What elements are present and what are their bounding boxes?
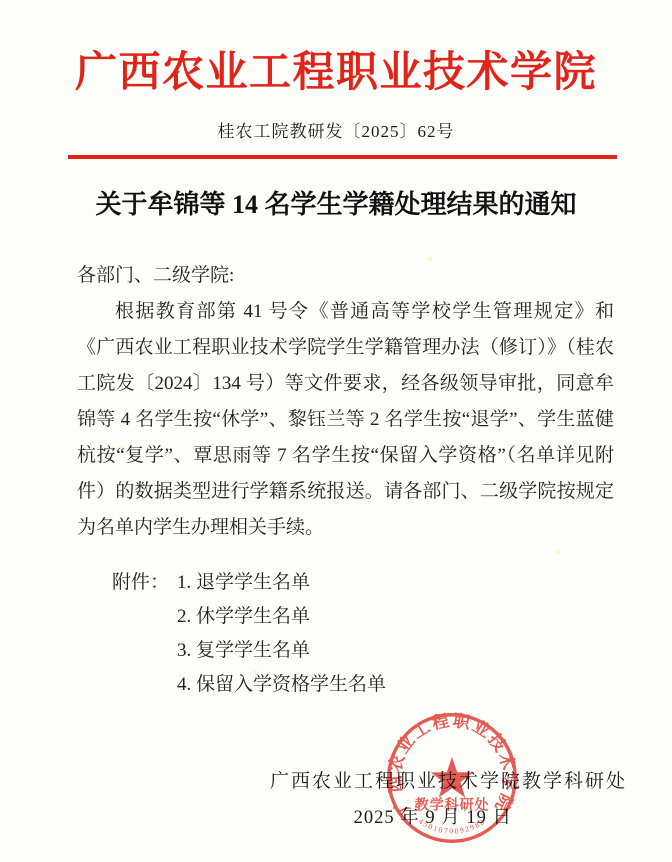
document-page: 广西农业工程职业技术学院 桂农工院教研发〔2025〕62号 关于牟锦等 14 名… — [0, 0, 672, 862]
attachment-item: 3. 复学学生名单 — [177, 634, 386, 668]
body-paragraph: 根据教育部第 41 号令《普通高等学校学生管理规定》和《广西农业工程职业技术学院… — [77, 294, 614, 546]
attachments-list: 1. 退学学生名单 2. 休学学生名单 3. 复学学生名单 4. 保留入学资格学… — [177, 566, 386, 702]
letterhead-org-title: 广西农业工程职业技术学院 — [0, 43, 672, 103]
issue-date: 2025 年 9 月 19 日 — [354, 806, 512, 830]
doc-number: 桂农工院教研发〔2025〕62号 — [0, 120, 672, 144]
attachment-item: 1. 退学学生名单 — [177, 566, 386, 600]
seal-ring-text-holder: 广西农业工程职业技术学院 — [384, 710, 520, 817]
red-divider-line — [68, 155, 617, 159]
attachment-item: 2. 休学学生名单 — [177, 600, 386, 634]
salutation: 各部门、二级学院: — [77, 258, 614, 294]
attachments-block: 附件： 1. 退学学生名单 2. 休学学生名单 3. 复学学生名单 4. 保留入… — [112, 566, 386, 702]
seal-ring-text: 广西农业工程职业技术学院 — [384, 710, 520, 817]
attachments-label: 附件： — [112, 566, 169, 600]
document-body: 各部门、二级学院: 根据教育部第 41 号令《普通高等学校学生管理规定》和《广西… — [77, 258, 614, 546]
attachment-item: 4. 保留入学资格学生名单 — [177, 668, 386, 702]
document-title: 关于牟锦等 14 名学生学籍处理结果的通知 — [0, 189, 672, 221]
issuer-signature: 广西农业工程职业技术学院教学科研处 — [270, 769, 627, 794]
